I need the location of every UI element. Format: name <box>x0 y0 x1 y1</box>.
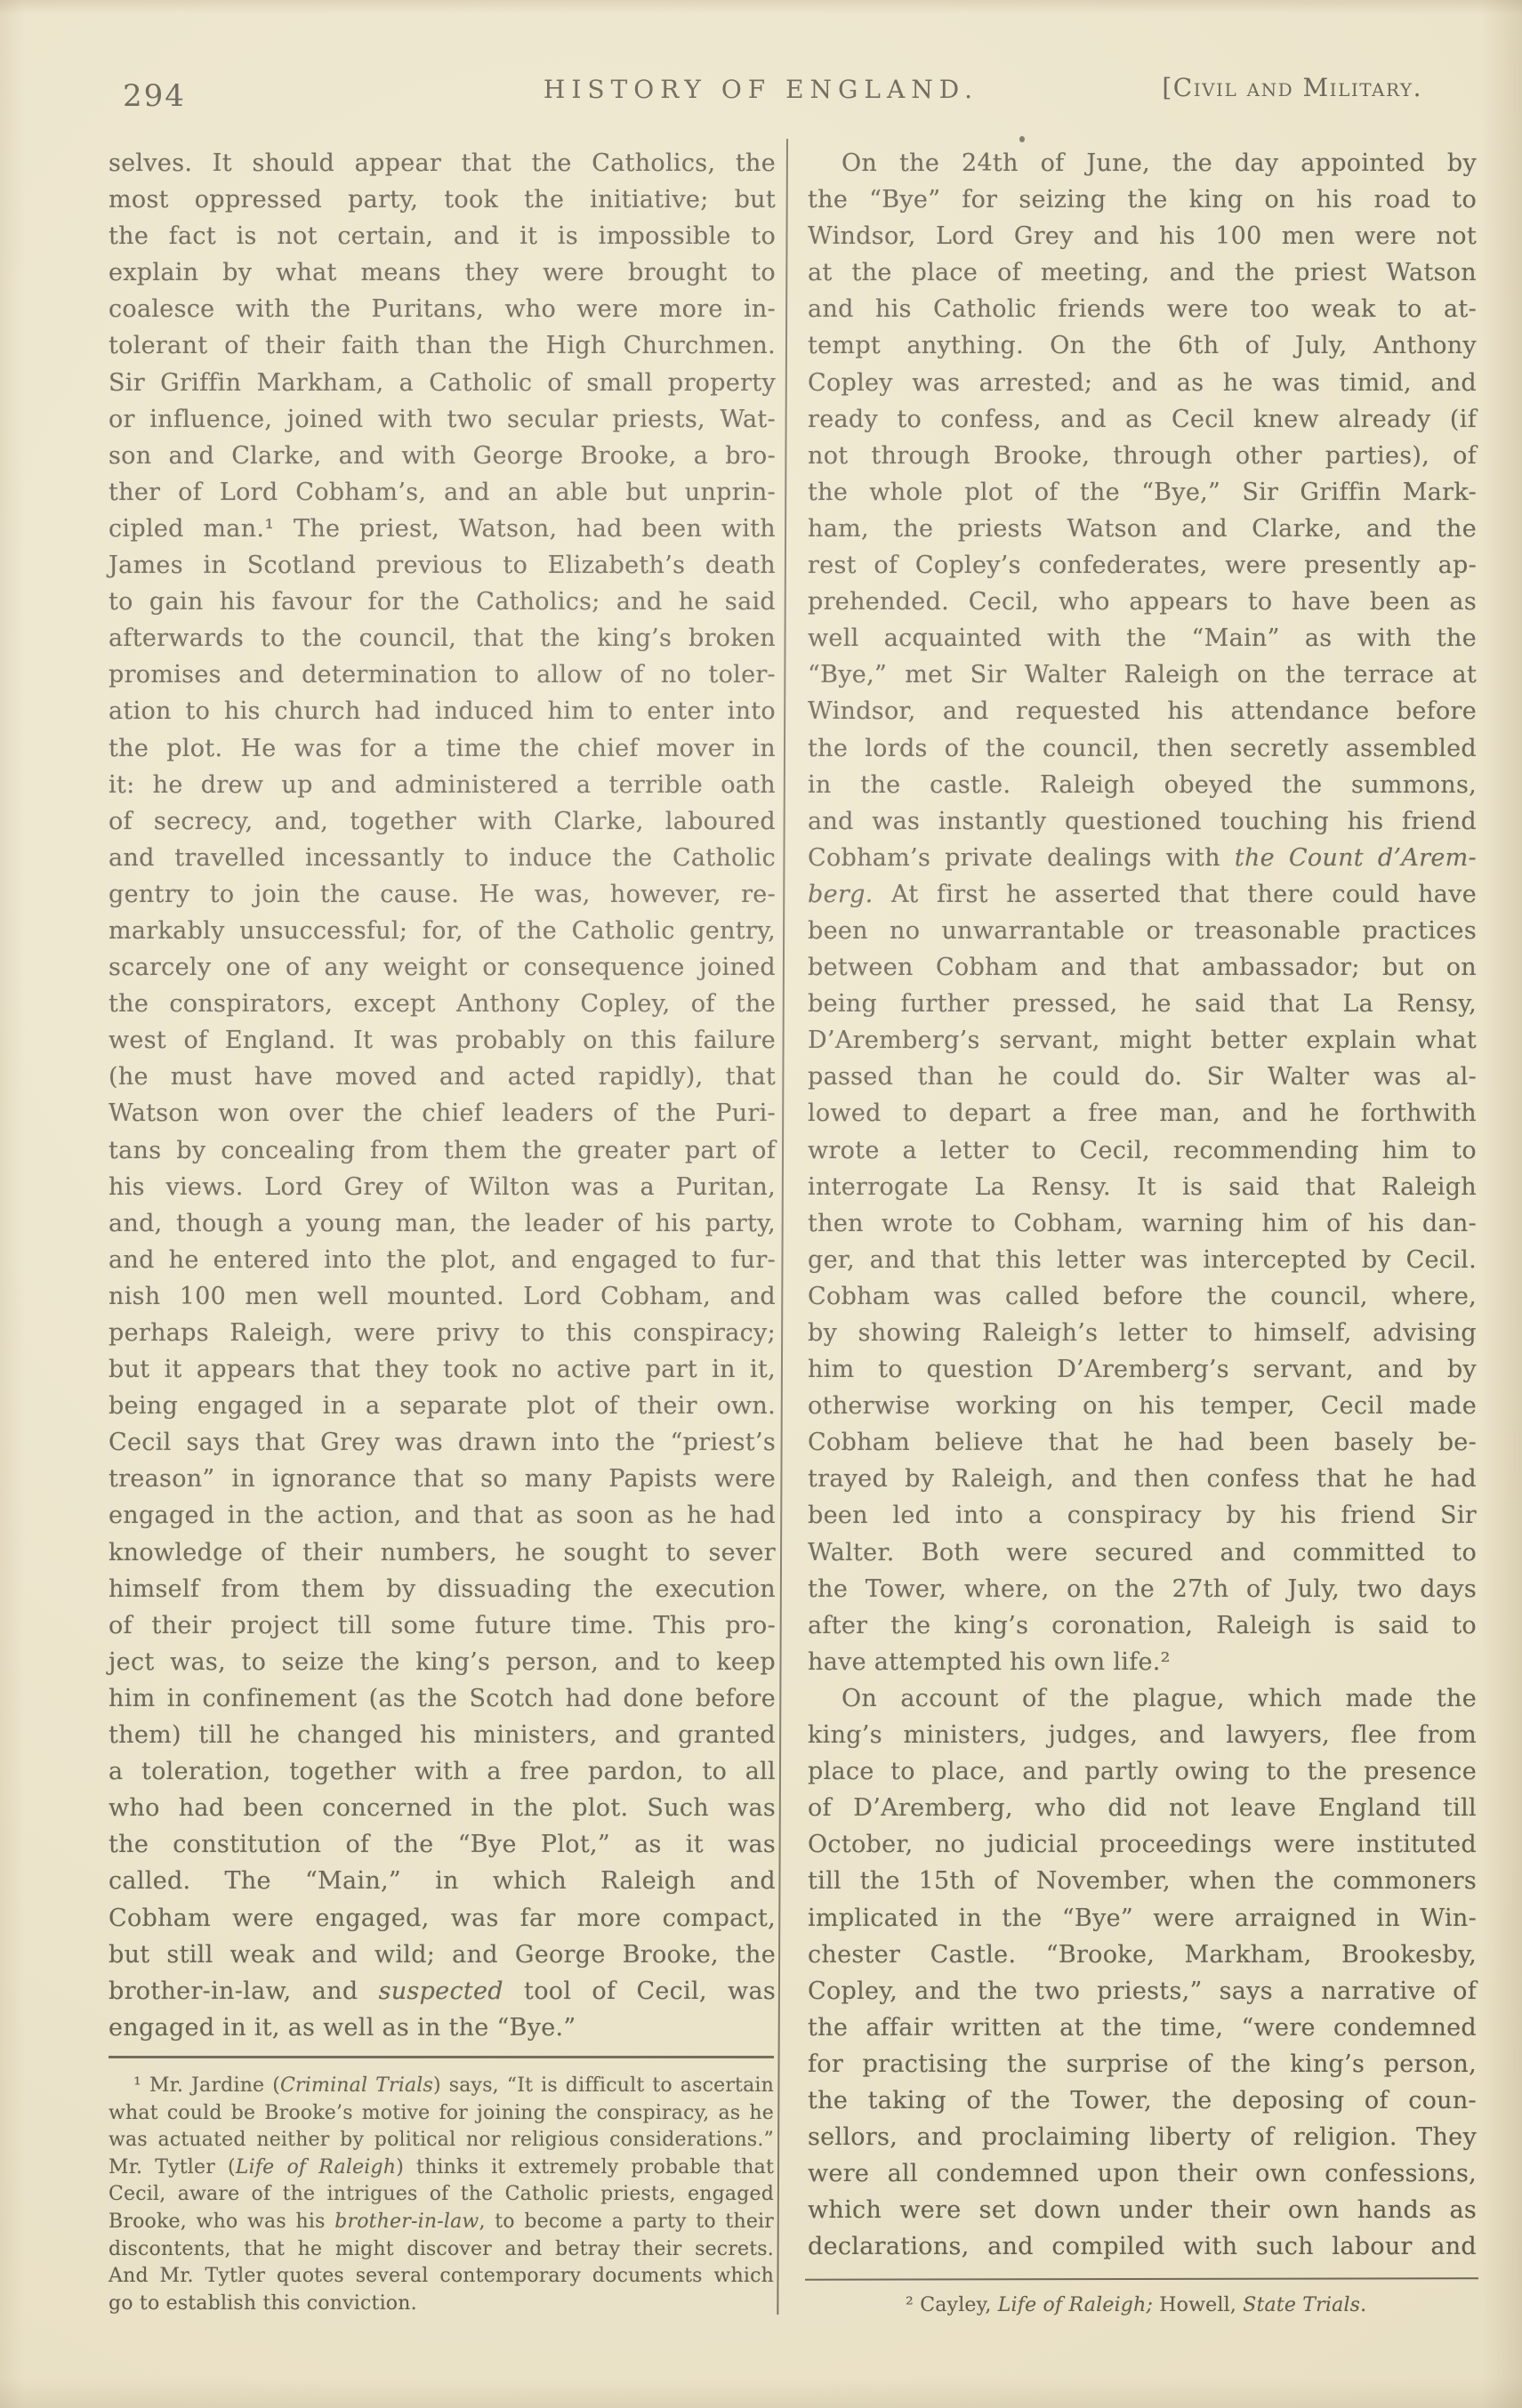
text-line: at the place of meeting, and the priest … <box>808 254 1477 291</box>
text-line: the affair written at the time, “were co… <box>808 2009 1477 2046</box>
footnote-right: ² Cayley, Life of Raleigh; Howell, State… <box>808 2292 1477 2320</box>
text-line: selves. It should appear that the Cathol… <box>109 145 776 181</box>
text-line: the “Bye” for seizing the king on his ro… <box>808 181 1477 218</box>
text-line: being further pressed, he said that La R… <box>808 986 1477 1022</box>
text-line: cipled man.¹ The priest, Watson, had bee… <box>109 511 776 547</box>
text-line: Walter. Both were secured and committed … <box>808 1534 1477 1571</box>
book-page: 294 HISTORY OF ENGLAND. [Civil and Milit… <box>0 0 1522 2408</box>
footnote-rule-left <box>109 2056 774 2058</box>
text-line: engaged in it, as well as in the “Bye.” <box>109 2009 776 2046</box>
text-line: Cobham were engaged, was far more compac… <box>109 1900 776 1937</box>
text-line: king’s ministers, judges, and lawyers, f… <box>808 1717 1477 1753</box>
text-line: his views. Lord Grey of Wilton was a Pur… <box>109 1169 776 1205</box>
text-line: for practising the surprise of the king’… <box>808 2046 1477 2082</box>
text-line: Windsor, Lord Grey and his 100 men were … <box>808 218 1477 254</box>
text-line: the taking of the Tower, the deposing of… <box>808 2082 1477 2119</box>
text-line: And Mr. Tytler quotes several contempora… <box>109 2263 774 2291</box>
text-line: “Bye,” met Sir Walter Raleigh on the ter… <box>808 656 1477 693</box>
text-line: in the castle. Raleigh obeyed the summon… <box>808 767 1477 803</box>
text-line: of their project till some future time. … <box>109 1607 776 1644</box>
text-line: James in Scotland previous to Elizabeth’… <box>109 547 776 584</box>
text-line: Sir Griffin Markham, a Catholic of small… <box>109 365 776 401</box>
text-line: (he must have moved and acted rapidly), … <box>109 1059 776 1095</box>
text-line: Watson won over the chief leaders of the… <box>109 1095 776 1132</box>
text-line: or influence, joined with two secular pr… <box>109 401 776 438</box>
text-line: go to establish this conviction. <box>109 2291 774 2318</box>
text-line: brother-in-law, and suspected tool of Ce… <box>109 1973 776 2009</box>
text-line: been led into a conspiracy by his friend… <box>808 1497 1477 1534</box>
text-line: but it appears that they took no active … <box>109 1351 776 1388</box>
text-line: ready to confess, and as Cecil knew alre… <box>808 401 1477 438</box>
text-line: lowed to depart a free man, and he forth… <box>808 1095 1477 1132</box>
text-line: treason” in ignorance that so many Papis… <box>109 1461 776 1497</box>
text-line: Cobham believe that he had been basely b… <box>808 1424 1477 1461</box>
text-line: him in confinement (as the Scotch had do… <box>109 1680 776 1717</box>
text-line: the fact is not certain, and it is impos… <box>109 218 776 254</box>
text-line: nish 100 men well mounted. Lord Cobham, … <box>109 1278 776 1315</box>
text-line: son and Clarke, and with George Brooke, … <box>109 438 776 474</box>
text-line: wrote a letter to Cecil, recommending hi… <box>808 1132 1477 1169</box>
section-heading: [Civil and Military. <box>1162 73 1422 102</box>
text-line: which were set down under their own hand… <box>808 2192 1477 2228</box>
text-line: scarcely one of any weight or consequenc… <box>109 949 776 986</box>
text-line: have attempted his own life.² <box>808 1644 1477 1680</box>
text-line: to gain his favour for the Catholics; an… <box>109 584 776 620</box>
text-line: ther of Lord Cobham’s, and an able but u… <box>109 474 776 511</box>
text-line: Brooke, who was his brother-in-law, to b… <box>109 2209 774 2236</box>
text-line: and his Catholic friends were too weak t… <box>808 291 1477 327</box>
right-column-text: On the 24th of June, the day appointed b… <box>808 145 1477 2265</box>
text-line: then wrote to Cobham, warning him of his… <box>808 1205 1477 1242</box>
text-line: rest of Copley’s confederates, were pres… <box>808 547 1477 584</box>
text-line: promises and determination to allow of n… <box>109 656 776 693</box>
text-line: the lords of the council, then secretly … <box>808 730 1477 767</box>
text-line: explain by what means they were brought … <box>109 254 776 291</box>
text-line: the whole plot of the “Bye,” Sir Griffin… <box>808 474 1477 511</box>
text-line: sellors, and proclaiming liberty of reli… <box>808 2119 1477 2155</box>
text-line: coalesce with the Puritans, who were mor… <box>109 291 776 327</box>
text-line: what could be Brooke’s motive for joinin… <box>109 2100 774 2128</box>
text-line: was actuated neither by political nor re… <box>109 2127 774 2154</box>
text-line: the plot. He was for a time the chief mo… <box>109 730 776 767</box>
text-line: implicated in the “Bye” were arraigned i… <box>808 1900 1477 1937</box>
text-line: him to question D’Aremberg’s servant, an… <box>808 1351 1477 1388</box>
column-divider-rule <box>777 139 788 2315</box>
text-line: and travelled incessantly to induce the … <box>109 840 776 876</box>
text-line: ham, the priests Watson and Clarke, and … <box>808 511 1477 547</box>
text-line: not through Brooke, through other partie… <box>808 438 1477 474</box>
text-line: Cecil, aware of the intrigues of the Cat… <box>109 2181 774 2209</box>
text-line: after the king’s coronation, Raleigh is … <box>808 1607 1477 1644</box>
text-line: being engaged in a separate plot of thei… <box>109 1388 776 1424</box>
text-line: place to place, and partly owing to the … <box>808 1753 1477 1790</box>
text-line: Mr. Tytler (Life of Raleigh) thinks it e… <box>109 2154 774 2182</box>
text-line: Cecil says that Grey was drawn into the … <box>109 1424 776 1461</box>
text-line: west of England. It was probably on this… <box>109 1022 776 1059</box>
text-line: but still weak and wild; and George Broo… <box>109 1937 776 1973</box>
text-line: tans by concealing from them the greater… <box>109 1132 776 1169</box>
text-line: perhaps Raleigh, were privy to this cons… <box>109 1315 776 1351</box>
text-line: and he entered into the plot, and engage… <box>109 1242 776 1278</box>
text-line: been no unwarrantable or treasonable pra… <box>808 913 1477 949</box>
text-line: between Cobham and that ambassador; but … <box>808 949 1477 986</box>
text-line: October, no judicial proceedings were in… <box>808 1826 1477 1863</box>
text-line: Cobham was called before the council, wh… <box>808 1278 1477 1315</box>
text-line: declarations, and compiled with such lab… <box>808 2228 1477 2265</box>
text-line: well acquainted with the “Main” as with … <box>808 620 1477 656</box>
text-line: Copley was arrested; and as he was timid… <box>808 365 1477 401</box>
text-line: ¹ Mr. Jardine (Criminal Trials) says, “I… <box>109 2073 774 2100</box>
text-line: the conspirators, except Anthony Copley,… <box>109 986 776 1022</box>
text-line: a toleration, together with a free pardo… <box>109 1753 776 1790</box>
text-line: and, though a young man, the leader of h… <box>109 1205 776 1242</box>
text-line: them) till he changed his ministers, and… <box>109 1717 776 1753</box>
text-line: Windsor, and requested his attendance be… <box>808 693 1477 729</box>
text-line: discontents, that he might discover and … <box>109 2236 774 2264</box>
text-line: Cobham’s private dealings with the Count… <box>808 840 1477 876</box>
text-line: ger, and that this letter was intercepte… <box>808 1242 1477 1278</box>
text-line: ject was, to seize the king’s person, an… <box>109 1644 776 1680</box>
text-line: berg. At first he asserted that there co… <box>808 876 1477 913</box>
footnote-rule-right <box>805 2277 1478 2281</box>
page-header: 294 HISTORY OF ENGLAND. [Civil and Milit… <box>0 0 1522 125</box>
text-line: till the 15th of November, when the comm… <box>808 1863 1477 1899</box>
text-line: most oppressed party, took the initiativ… <box>109 181 776 218</box>
text-line: and was instantly questioned touching hi… <box>808 803 1477 840</box>
text-line: called. The “Main,” in which Raleigh and <box>109 1863 776 1899</box>
text-line: chester Castle. “Brooke, Markham, Brooke… <box>808 1937 1477 1973</box>
text-line: it: he drew up and administered a terrib… <box>109 767 776 803</box>
footnote-left: ¹ Mr. Jardine (Criminal Trials) says, “I… <box>109 2073 774 2317</box>
text-line: knowledge of their numbers, he sought to… <box>109 1534 776 1571</box>
left-column-text: selves. It should appear that the Cathol… <box>109 145 776 2046</box>
text-line: the Tower, where, on the 27th of July, t… <box>808 1571 1477 1607</box>
text-line: On account of the plague, which made the <box>808 1680 1477 1717</box>
text-line: afterwards to the council, that the king… <box>109 620 776 656</box>
text-line: tolerant of their faith than the High Ch… <box>109 327 776 364</box>
text-line: otherwise working on his temper, Cecil m… <box>808 1388 1477 1424</box>
text-line: tempt anything. On the 6th of July, Anth… <box>808 327 1477 364</box>
text-line: On the 24th of June, the day appointed b… <box>808 145 1477 181</box>
text-line: of secrecy, and, together with Clarke, l… <box>109 803 776 840</box>
ink-speck <box>1019 136 1025 142</box>
text-line: passed than he could do. Sir Walter was … <box>808 1059 1477 1095</box>
text-line: interrogate La Rensy. It is said that Ra… <box>808 1169 1477 1205</box>
text-line: gentry to join the cause. He was, howeve… <box>109 876 776 913</box>
text-line: who had been concerned in the plot. Such… <box>109 1790 776 1826</box>
text-line: ² Cayley, Life of Raleigh; Howell, State… <box>808 2292 1477 2320</box>
text-line: ation to his church had induced him to e… <box>109 693 776 729</box>
text-line: himself from them by dissuading the exec… <box>109 1571 776 1607</box>
text-line: prehended. Cecil, who appears to have be… <box>808 584 1477 620</box>
text-line: the constitution of the “Bye Plot,” as i… <box>109 1826 776 1863</box>
text-line: of D’Aremberg, who did not leave England… <box>808 1790 1477 1826</box>
text-line: D’Aremberg’s servant, might better expla… <box>808 1022 1477 1059</box>
text-line: Copley, and the two priests,” says a nar… <box>808 1973 1477 2009</box>
text-line: were all condemned upon their own confes… <box>808 2155 1477 2192</box>
text-line: by showing Raleigh’s letter to himself, … <box>808 1315 1477 1351</box>
text-line: trayed by Raleigh, and then confess that… <box>808 1461 1477 1497</box>
text-line: markably unsuccessful; for, of the Catho… <box>109 913 776 949</box>
text-line: engaged in the action, and that as soon … <box>109 1497 776 1534</box>
